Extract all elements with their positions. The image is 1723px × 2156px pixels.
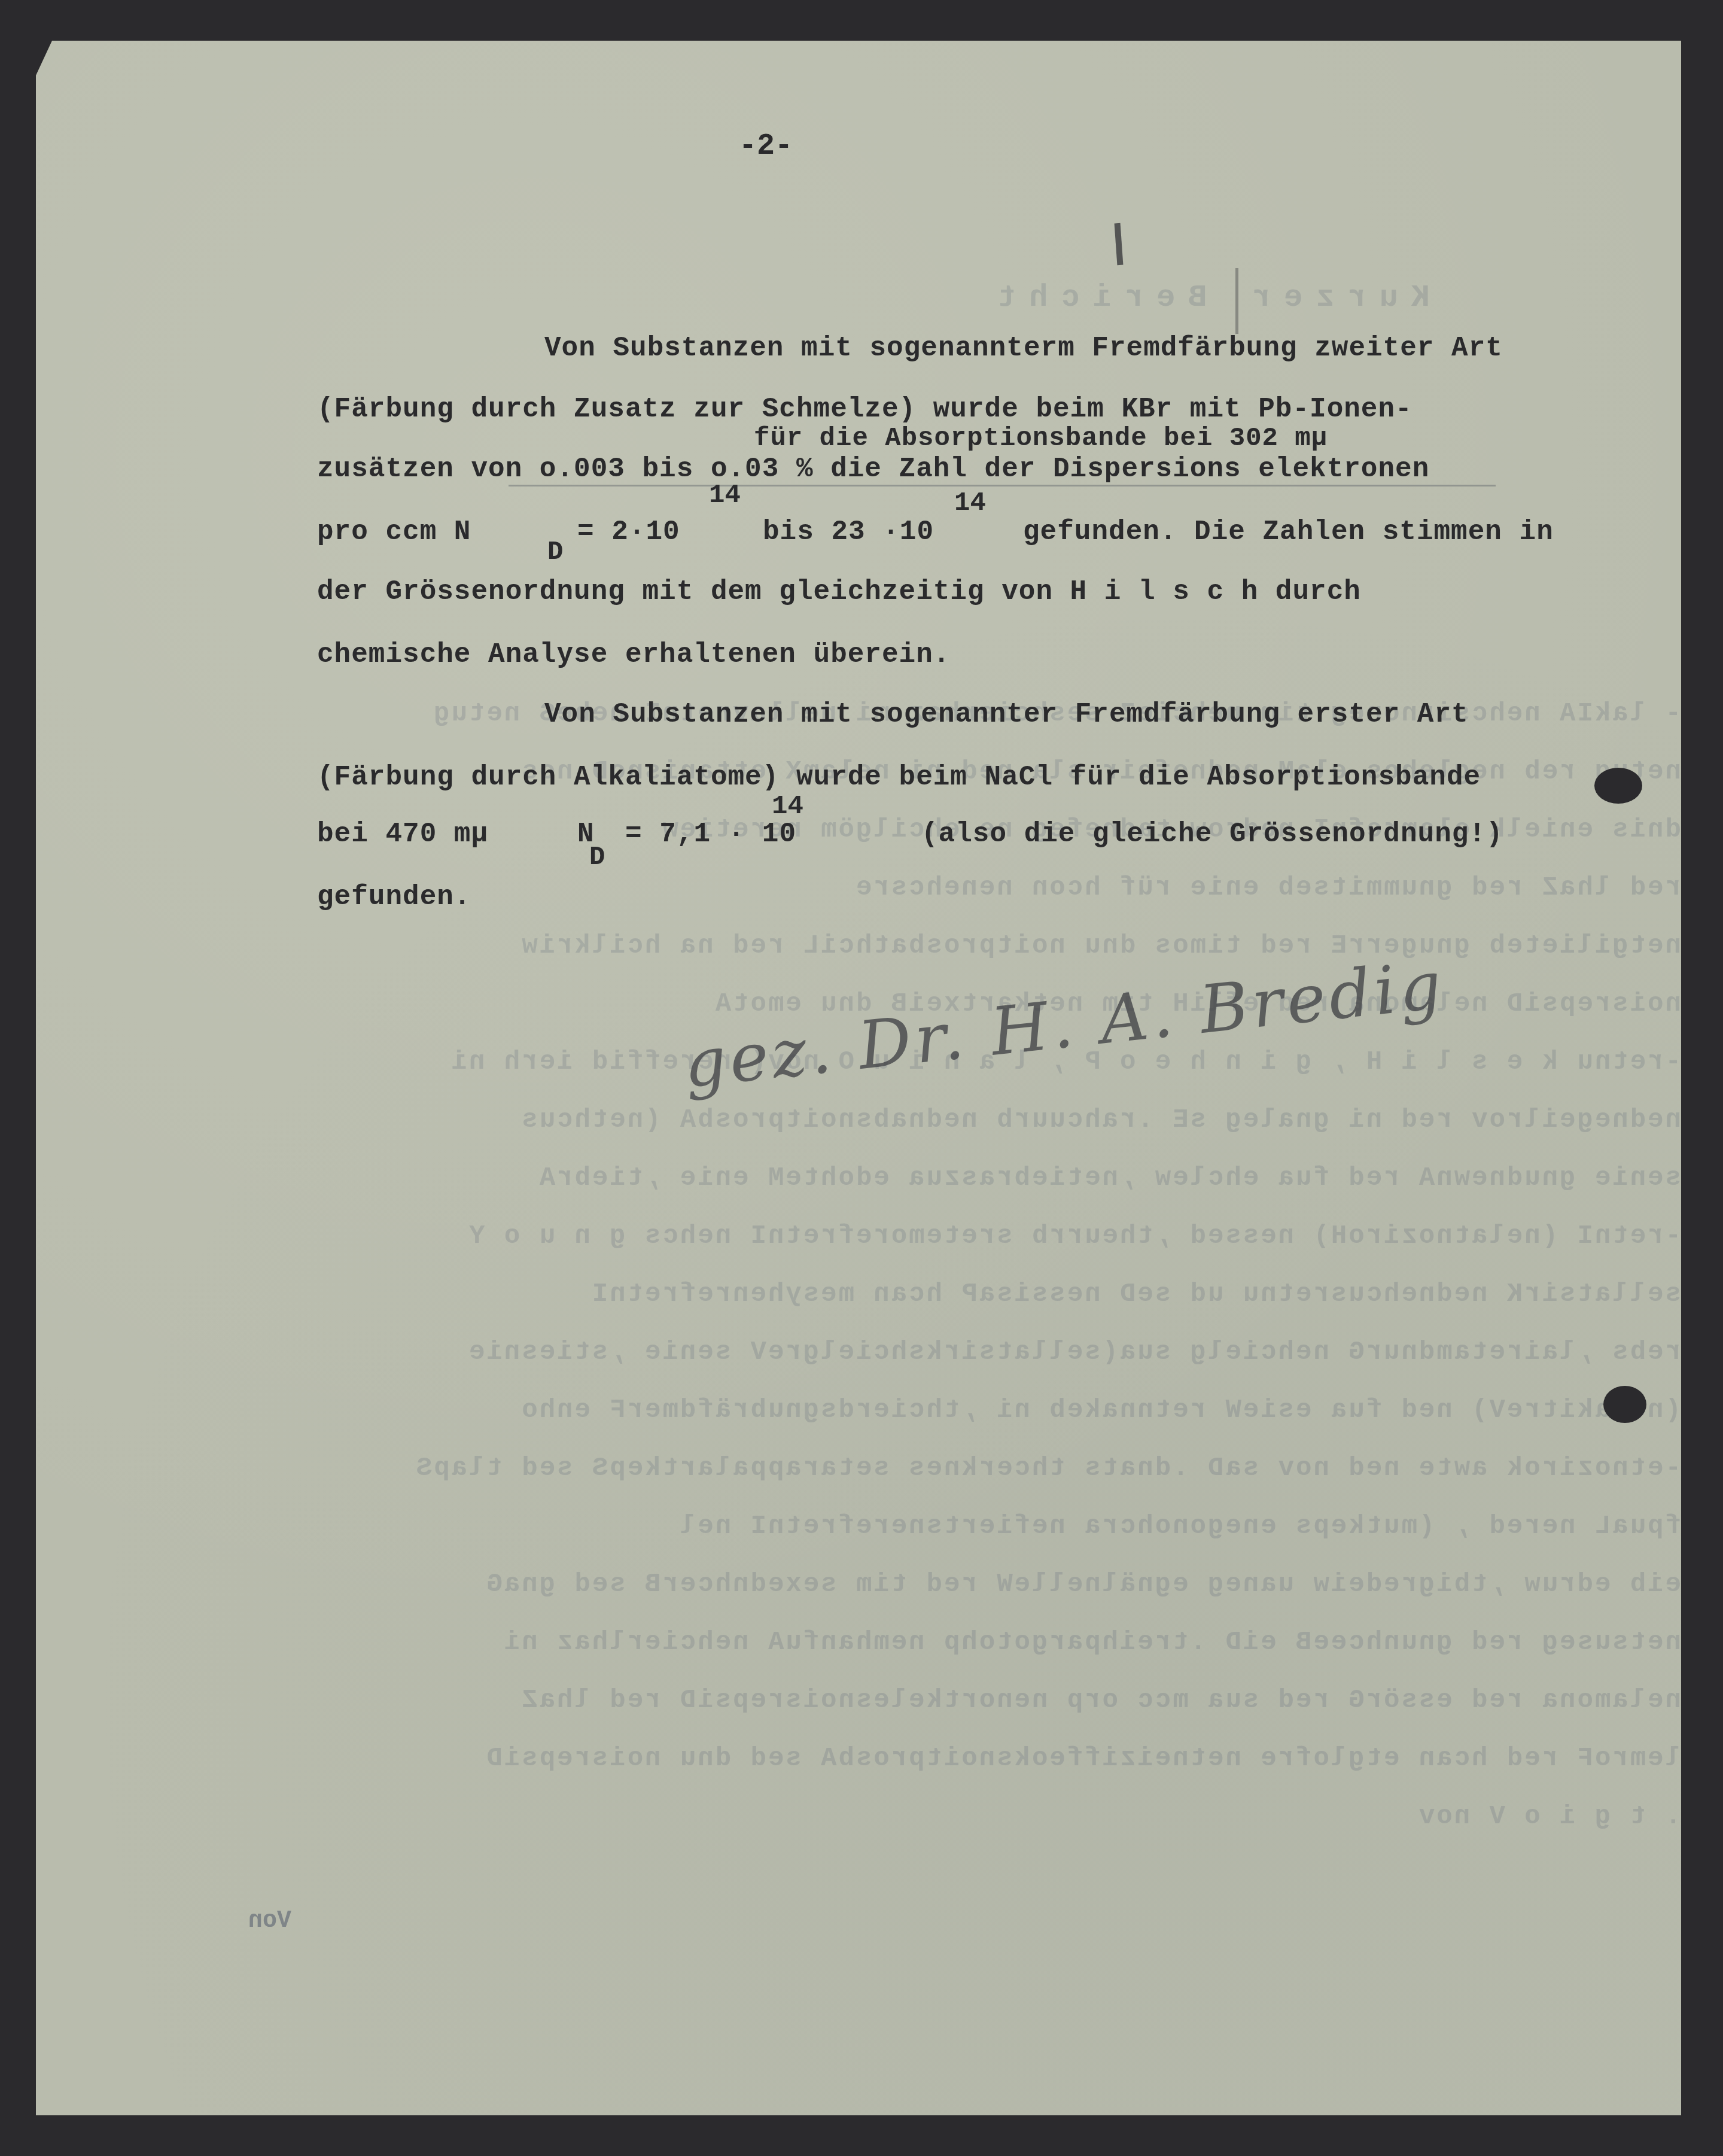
bleed-through-line: nednegeilrov red ni gnaleg sE .rahcuurb …	[36, 1105, 1681, 1135]
paragraph-1-line-4-post: gefunden. Die Zahlen stimmen in	[1023, 516, 1554, 548]
bleed-through-line: nelamona red essörG red sua mcc orp neno…	[36, 1686, 1681, 1716]
bleed-through-line: rebs ,lairetamdnurG nehcielg sua(sellats…	[36, 1337, 1681, 1367]
bleed-through-line: . t g i o V nov	[36, 1802, 1681, 1832]
exponent-14: 14	[772, 792, 803, 822]
paragraph-1-line-4-eq: = 2·10	[577, 516, 680, 548]
paragraph-2-line-1: Von Substanzen mit sogenannter Fremdfärb…	[544, 699, 1469, 730]
pencil-mark	[1235, 268, 1238, 334]
bleed-through-heading: Kurzer Bericht	[0, 280, 1430, 315]
paragraph-2-line-3-eq: = 7,1 · 10	[625, 819, 796, 850]
bleed-through-line: fpuaL nered , (mutkeps enegonohcra nefie…	[36, 1512, 1681, 1541]
bleed-through-line: senie gnudnewnA red fua ehclew ,netiebra…	[36, 1163, 1681, 1193]
bleed-through-line: lemroF red hcan etglofre netneiziffeoksn…	[36, 1744, 1681, 1774]
pencil-mark	[1115, 223, 1124, 266]
paragraph-1-line-1: Von Substanzen mit sogenannterm Fremdfär…	[544, 333, 1503, 364]
paragraph-2-line-4: gefunden.	[317, 881, 471, 913]
paragraph-2-line-3-post: (also die gleiche Grössenordnung!)	[921, 819, 1503, 850]
bleed-through-line: eib edruw ,tbigredeiw uaneg egnälnelleW …	[36, 1570, 1681, 1599]
handwritten-signature: gez. Dr. H. A. Bredig	[680, 947, 1448, 1103]
bleed-through-line: red lhaZ red gnummitseb enie rüf hcon ne…	[36, 873, 1681, 903]
paragraph-2-line-2: (Färbung durch Alkaliatome) wurde beim N…	[317, 762, 1481, 793]
document-page: Kurzer Bericht - lakIA nehcsirnoneg tim …	[36, 41, 1681, 2115]
bleed-through-line: (nelakitreV) ned fua esieW retnnakeb ni …	[36, 1395, 1681, 1425]
paragraph-1-line-2: (Färbung durch Zusatz zur Schmelze) wurd…	[317, 394, 1413, 425]
paragraph-1-line-3: zusätzen von o.003 bis o.03 % die Zahl d…	[317, 454, 1429, 485]
bleed-through-line: -etnozirok awte ned nov saD .dnats thcer…	[36, 1453, 1681, 1483]
paragraph-1-line-6: chemische Analyse erhaltenen überein.	[317, 639, 950, 670]
subscript-d: D	[589, 843, 605, 872]
paragraph-1-line-5: der Grössenordnung mit dem gleichzeitig …	[317, 576, 1361, 607]
bleed-through-line: -retnI (nelatnoziroH) nessed ,theurrb sr…	[36, 1221, 1681, 1251]
bleed-through-line: netsuseg red gnunhceeB eiD .treihpargoto…	[36, 1628, 1681, 1658]
paragraph-1-line-4-pre: pro ccm N	[317, 516, 471, 548]
paragraph-1-insert: für die Absorptionsbande bei 302 mμ	[754, 424, 1328, 454]
exponent-14: 14	[954, 488, 986, 518]
paragraph-1-line-4-mid: bis 23 ·10	[763, 516, 934, 548]
paragraph-2-line-3-pre: bei 470 mμ	[317, 819, 488, 850]
subscript-d: D	[547, 537, 563, 567]
strike-underline	[509, 485, 1496, 486]
exponent-14: 14	[709, 481, 741, 510]
punch-hole	[1594, 768, 1642, 804]
bleed-through-line: sellatsirK nednehcusretnu ud seD nessisa…	[36, 1279, 1681, 1309]
page-number: -2-	[739, 129, 793, 163]
punch-hole	[1603, 1386, 1646, 1423]
bleed-through-catchword: Von	[248, 1908, 291, 1935]
